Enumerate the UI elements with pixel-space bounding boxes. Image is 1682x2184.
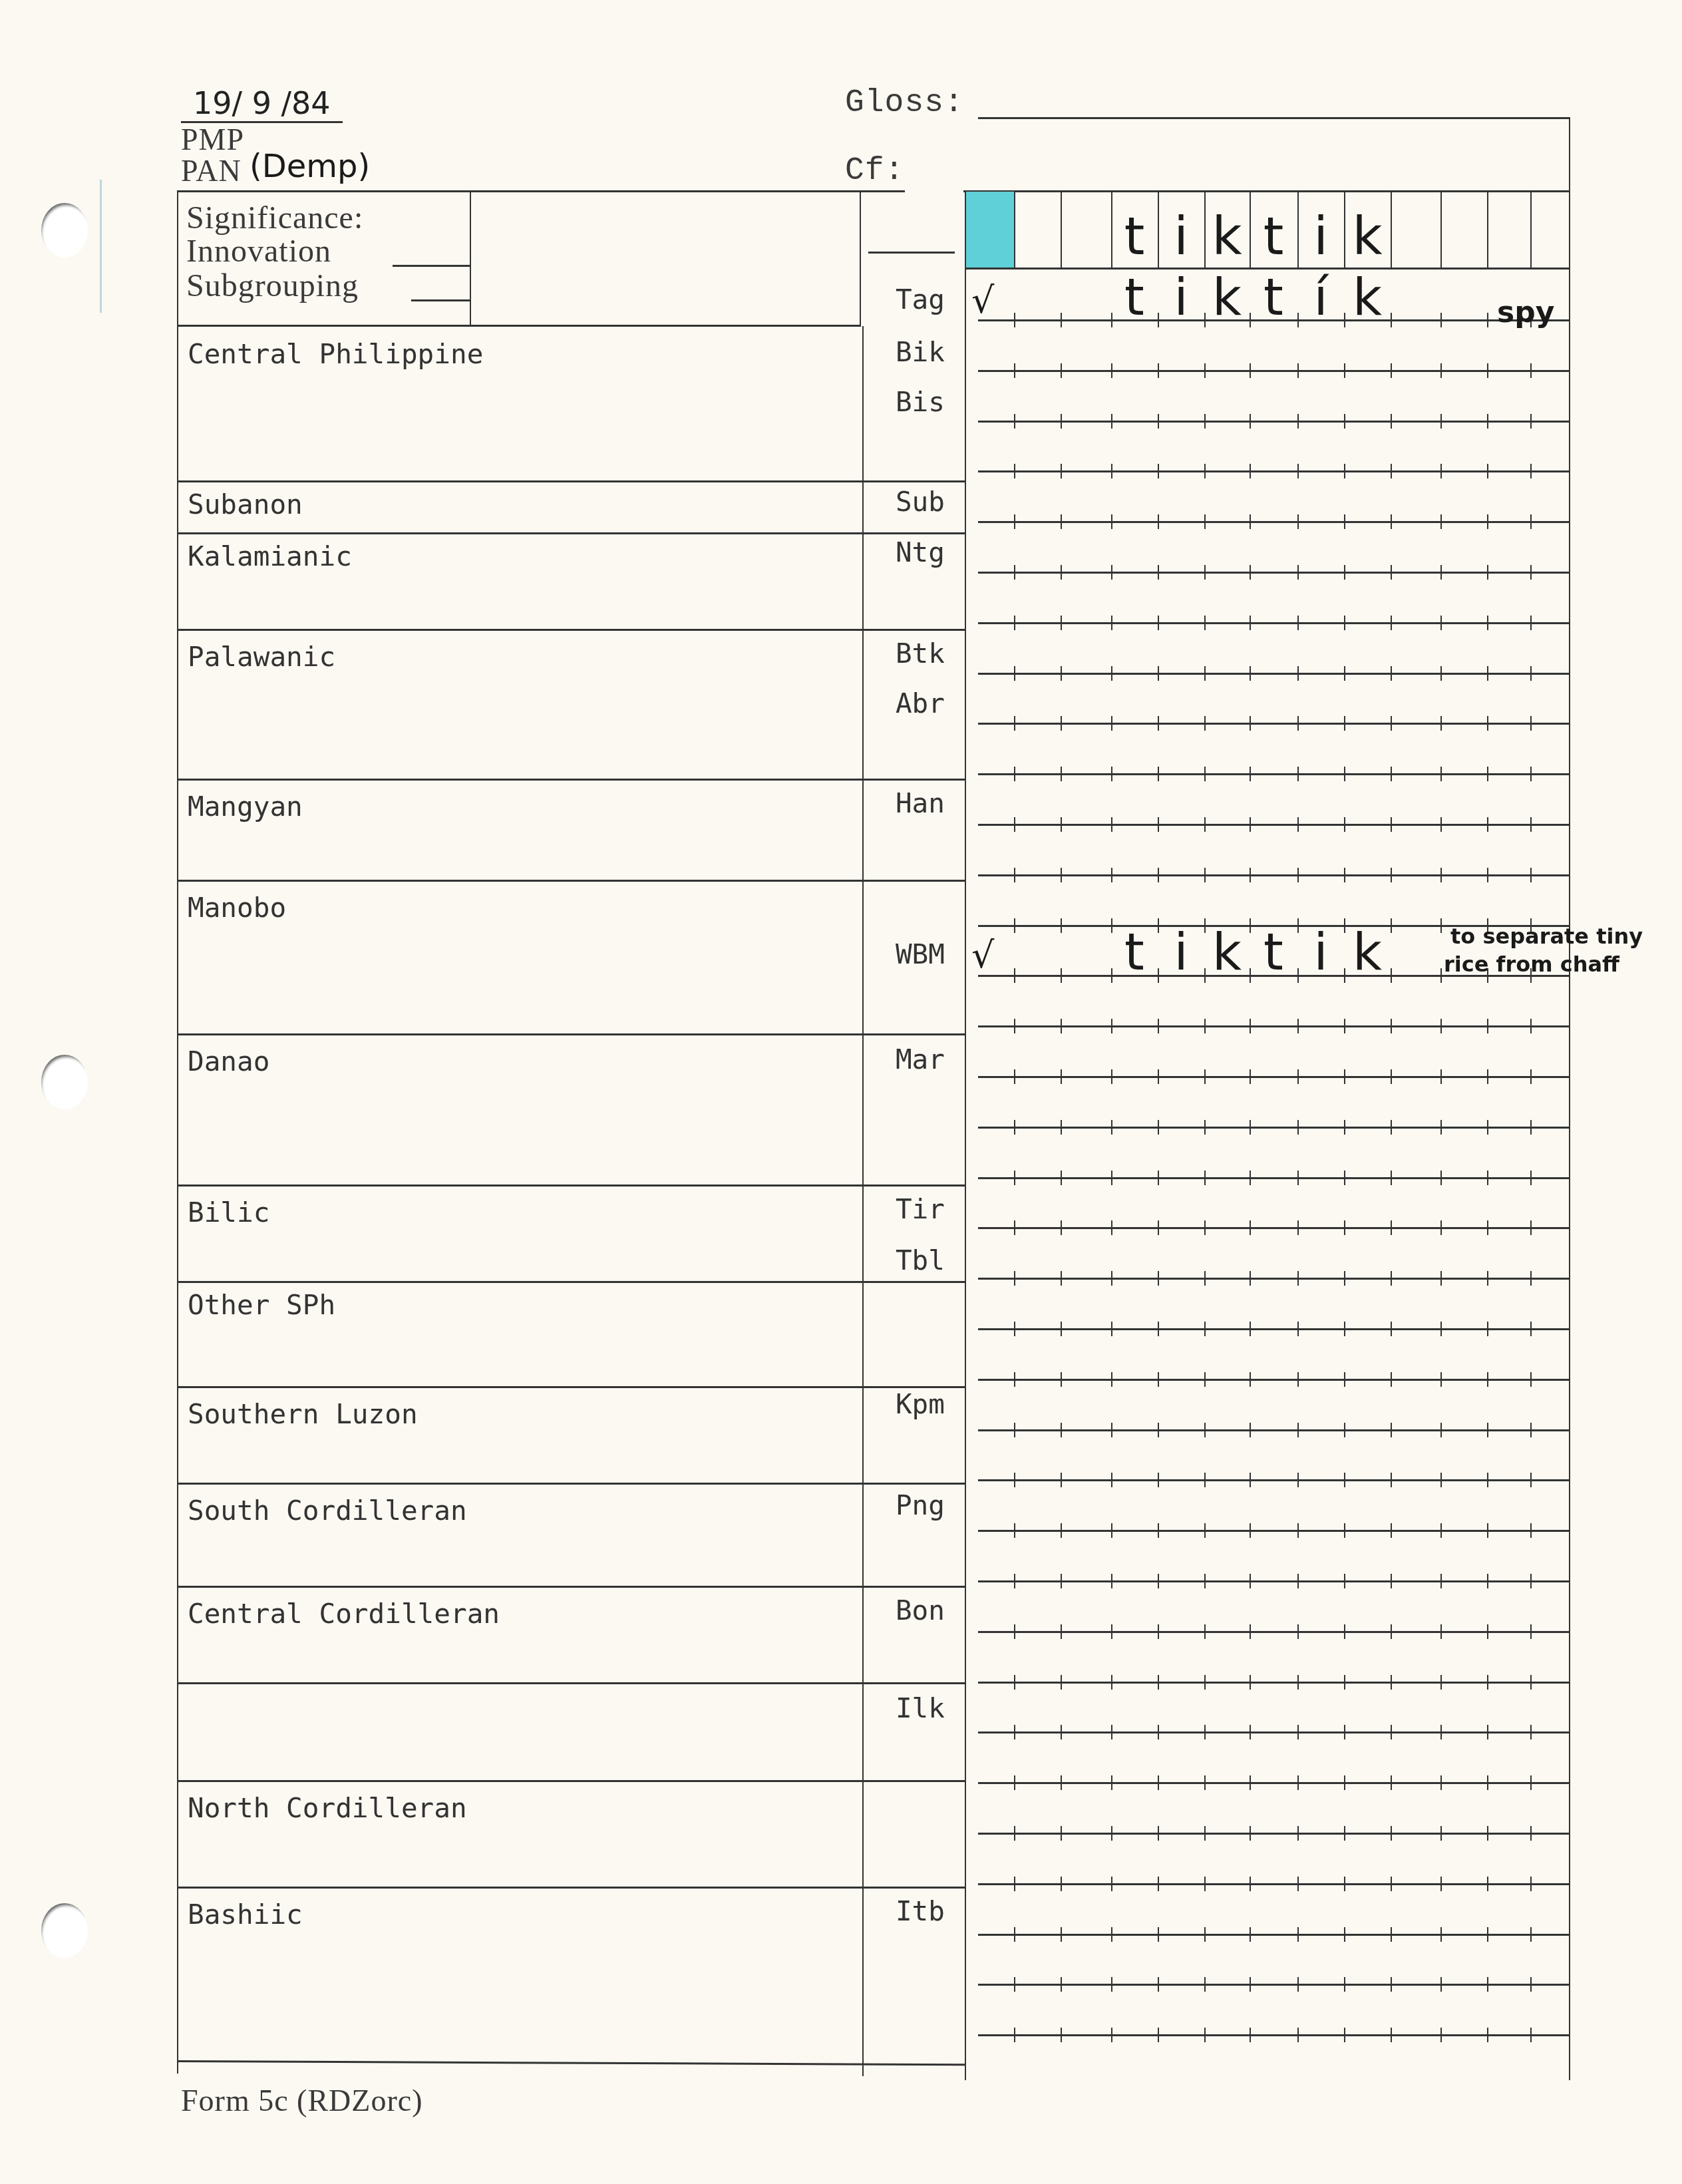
group-divider xyxy=(177,1682,966,1684)
column-tick xyxy=(1204,1877,1206,1891)
column-tick xyxy=(1014,2028,1015,2042)
column-tick xyxy=(1530,1120,1532,1135)
column-tick xyxy=(1014,1725,1015,1739)
column-tick xyxy=(1344,1775,1345,1790)
column-tick xyxy=(1440,1019,1442,1033)
column-tick xyxy=(1487,2028,1488,2042)
column-tick xyxy=(1487,1523,1488,1538)
column-tick xyxy=(1440,1069,1442,1084)
column-tick xyxy=(1061,1069,1062,1084)
entry-line[interactable] xyxy=(978,1025,1570,1027)
column-tick xyxy=(1391,1826,1392,1841)
column-tick xyxy=(1158,716,1159,731)
column-tick xyxy=(1014,414,1015,429)
entry-line[interactable] xyxy=(978,1227,1570,1229)
column-tick xyxy=(1061,1523,1062,1538)
column-tick xyxy=(1487,1473,1488,1487)
entry-letter[interactable]: t xyxy=(1250,268,1297,327)
date-field: 19/ 9 /84 xyxy=(193,85,331,121)
column-tick xyxy=(1111,1877,1112,1891)
column-tick xyxy=(1204,616,1206,630)
column-tick xyxy=(1250,1019,1251,1033)
column-tick xyxy=(1061,1220,1062,1235)
column-tick xyxy=(1111,1624,1112,1639)
entry-letter[interactable]: k xyxy=(1344,922,1391,982)
column-tick xyxy=(1111,1725,1112,1739)
entry-letter[interactable]: t xyxy=(1250,922,1297,982)
column-tick xyxy=(1440,363,1442,378)
column-tick xyxy=(1391,666,1392,681)
entry-line[interactable] xyxy=(978,2034,1570,2036)
column-tick xyxy=(1014,1826,1015,1841)
column-tick xyxy=(1530,414,1532,429)
column-tick xyxy=(1344,1171,1345,1185)
reconstruction-letter-cell[interactable]: t xyxy=(1250,210,1297,264)
column-tick xyxy=(1061,1423,1062,1437)
column-tick xyxy=(1440,1927,1442,1942)
innovation-blank[interactable] xyxy=(393,265,470,267)
column-tick xyxy=(1014,1473,1015,1487)
entry-line[interactable] xyxy=(978,521,1570,523)
entry-letter[interactable]: í xyxy=(1297,268,1344,327)
column-tick xyxy=(1297,1220,1299,1235)
column-tick xyxy=(1297,1877,1299,1891)
entry-line[interactable] xyxy=(978,1429,1570,1431)
entry-letter[interactable]: k xyxy=(1204,922,1250,982)
column-tick xyxy=(1297,363,1299,378)
grid-column-divider xyxy=(1014,192,1015,270)
table-left-border xyxy=(177,190,178,2074)
column-tick xyxy=(1061,363,1062,378)
column-tick xyxy=(1111,514,1112,529)
column-tick xyxy=(1391,918,1392,933)
column-tick xyxy=(1440,414,1442,429)
column-tick xyxy=(1391,1725,1392,1739)
column-tick xyxy=(1204,817,1206,832)
column-tick xyxy=(1391,1927,1392,1942)
reconstruction-letter-cell[interactable]: i xyxy=(1297,210,1344,264)
column-tick xyxy=(1344,817,1345,832)
entry-line[interactable] xyxy=(978,723,1570,725)
column-tick xyxy=(1111,1120,1112,1135)
column-tick xyxy=(1204,767,1206,781)
significance-title: Significance: xyxy=(186,200,363,236)
column-tick xyxy=(1297,1171,1299,1185)
column-tick xyxy=(1158,464,1159,478)
column-tick xyxy=(1297,868,1299,882)
column-tick xyxy=(1487,1574,1488,1588)
entry-line[interactable] xyxy=(978,1580,1570,1582)
column-tick xyxy=(1204,514,1206,529)
column-tick xyxy=(1111,1271,1112,1286)
entry-letter[interactable]: i xyxy=(1158,922,1204,982)
column-tick xyxy=(1111,1574,1112,1588)
column-tick xyxy=(1061,666,1062,681)
entry-line[interactable] xyxy=(978,1278,1570,1280)
column-tick xyxy=(1391,1574,1392,1588)
column-tick xyxy=(1061,1624,1062,1639)
column-tick xyxy=(1391,1120,1392,1135)
level-typed-2: PAN xyxy=(181,153,242,188)
binder-hole-bottom xyxy=(41,1903,88,1958)
significance-box-bottom xyxy=(177,325,861,327)
column-tick xyxy=(1487,1120,1488,1135)
column-tick xyxy=(1061,1574,1062,1588)
checkmark-icon: √ xyxy=(971,279,994,321)
column-tick xyxy=(1530,1826,1532,1841)
column-tick xyxy=(1487,1271,1488,1286)
group-name: Bashiic xyxy=(188,1899,303,1930)
entry-line[interactable] xyxy=(978,421,1570,423)
entry-line[interactable] xyxy=(978,1076,1570,1078)
column-tick xyxy=(1111,1019,1112,1033)
column-tick xyxy=(1061,1877,1062,1891)
column-tick xyxy=(1391,1271,1392,1286)
column-tick xyxy=(1204,1977,1206,1992)
column-tick xyxy=(1158,1473,1159,1487)
column-tick xyxy=(1440,1322,1442,1336)
column-tick xyxy=(1204,1372,1206,1387)
table-top-border xyxy=(177,190,905,192)
entry-line[interactable] xyxy=(978,470,1570,472)
column-tick xyxy=(1391,1624,1392,1639)
column-tick xyxy=(1297,414,1299,429)
reconstruction-letter-cell[interactable]: k xyxy=(1344,210,1391,264)
column-tick xyxy=(1014,1220,1015,1235)
column-tick xyxy=(1297,1271,1299,1286)
column-tick xyxy=(1204,1271,1206,1286)
column-tick xyxy=(1204,1574,1206,1588)
column-tick xyxy=(1297,1322,1299,1336)
column-tick xyxy=(1250,1069,1251,1084)
column-tick xyxy=(1440,968,1442,983)
column-tick xyxy=(1061,1775,1062,1790)
column-tick xyxy=(1250,767,1251,781)
group-name: Subanon xyxy=(188,488,303,520)
group-divider xyxy=(177,1586,966,1588)
gloss-box-right-edge xyxy=(1569,117,1570,2080)
column-tick xyxy=(1061,767,1062,781)
column-tick xyxy=(1530,616,1532,630)
column-tick xyxy=(1158,414,1159,429)
column-tick xyxy=(1158,817,1159,832)
subgrouping-blank[interactable] xyxy=(411,299,470,301)
column-tick xyxy=(1014,666,1015,681)
column-tick xyxy=(1250,817,1251,832)
column-tick xyxy=(1014,363,1015,378)
column-tick xyxy=(1344,1372,1345,1387)
column-tick xyxy=(1297,1624,1299,1639)
column-tick xyxy=(1061,2028,1062,2042)
column-tick xyxy=(1297,514,1299,529)
column-tick xyxy=(1487,1775,1488,1790)
column-tick xyxy=(1530,1271,1532,1286)
column-tick xyxy=(1250,1877,1251,1891)
significance-divider xyxy=(470,190,471,326)
column-tick xyxy=(1204,565,1206,580)
column-tick xyxy=(1297,1069,1299,1084)
entry-line[interactable] xyxy=(978,1328,1570,1330)
column-tick xyxy=(1440,1826,1442,1841)
column-tick xyxy=(1440,616,1442,630)
entry-line[interactable] xyxy=(978,1479,1570,1481)
column-tick xyxy=(1440,2028,1442,2042)
column-tick xyxy=(1014,514,1015,529)
group-divider xyxy=(177,1780,966,1782)
column-tick xyxy=(1487,716,1488,731)
column-tick xyxy=(1204,716,1206,731)
column-tick xyxy=(1158,868,1159,882)
column-tick xyxy=(1391,1171,1392,1185)
column-tick xyxy=(1344,1927,1345,1942)
reconstruction-letter-cell[interactable]: i xyxy=(1158,210,1204,264)
entry-line[interactable] xyxy=(978,1631,1570,1633)
column-tick xyxy=(1344,1473,1345,1487)
entry-line[interactable] xyxy=(978,773,1570,775)
entry-line[interactable] xyxy=(978,1682,1570,1684)
entry-letter[interactable]: t xyxy=(1111,922,1158,982)
column-tick xyxy=(1487,1675,1488,1690)
binder-hole-middle xyxy=(41,1055,88,1109)
binder-hole-top xyxy=(41,203,88,258)
column-tick xyxy=(1487,514,1488,529)
column-tick xyxy=(1014,1423,1015,1437)
column-tick xyxy=(1297,1423,1299,1437)
column-tick xyxy=(1158,363,1159,378)
column-tick xyxy=(1440,1473,1442,1487)
column-tick xyxy=(1111,1473,1112,1487)
column-tick xyxy=(1204,464,1206,478)
column-tick xyxy=(1061,313,1062,327)
column-tick xyxy=(1530,565,1532,580)
column-tick xyxy=(1158,1725,1159,1739)
entry-line[interactable] xyxy=(978,1127,1570,1129)
language-code-ntg: Ntg xyxy=(838,536,945,568)
grid-column-divider xyxy=(1440,192,1442,270)
column-tick xyxy=(1111,1523,1112,1538)
column-tick xyxy=(1204,868,1206,882)
column-tick xyxy=(1158,1069,1159,1084)
column-tick xyxy=(1440,1725,1442,1739)
column-tick xyxy=(1204,1423,1206,1437)
column-tick xyxy=(1487,1877,1488,1891)
column-tick xyxy=(1297,666,1299,681)
column-tick xyxy=(1204,1927,1206,1942)
column-tick xyxy=(1391,1220,1392,1235)
column-tick xyxy=(1204,1171,1206,1185)
group-name: Danao xyxy=(188,1045,269,1077)
page-edge-mark xyxy=(100,180,102,313)
column-tick xyxy=(1344,565,1345,580)
column-tick xyxy=(1061,1019,1062,1033)
column-tick xyxy=(1204,1220,1206,1235)
entry-letter[interactable]: i xyxy=(1297,922,1344,982)
column-tick xyxy=(1111,1927,1112,1942)
group-name: Southern Luzon xyxy=(188,1398,418,1430)
column-tick xyxy=(1440,1877,1442,1891)
column-tick xyxy=(1344,868,1345,882)
column-tick xyxy=(1158,1019,1159,1033)
column-tick xyxy=(1297,1120,1299,1135)
column-tick xyxy=(1250,464,1251,478)
language-code-png: Png xyxy=(838,1489,945,1521)
column-tick xyxy=(1391,414,1392,429)
column-tick xyxy=(1530,1423,1532,1437)
column-tick xyxy=(1111,1675,1112,1690)
column-tick xyxy=(1158,1423,1159,1437)
column-tick xyxy=(1391,313,1392,327)
entry-line[interactable] xyxy=(978,1883,1570,1885)
column-tick xyxy=(1111,716,1112,731)
column-tick xyxy=(1391,514,1392,529)
column-tick xyxy=(1487,1977,1488,1992)
column-tick xyxy=(1061,565,1062,580)
entry-letter[interactable]: t xyxy=(1111,268,1158,327)
table-bottom-border xyxy=(177,2060,966,2066)
column-tick xyxy=(1250,1826,1251,1841)
column-tick xyxy=(1530,464,1532,478)
language-code-itb: Itb xyxy=(838,1895,945,1927)
entry-line[interactable] xyxy=(978,824,1570,826)
column-tick xyxy=(1204,363,1206,378)
entry-line[interactable] xyxy=(978,1731,1570,1733)
column-tick xyxy=(1158,1826,1159,1841)
column-tick xyxy=(1250,1523,1251,1538)
column-tick xyxy=(1530,767,1532,781)
column-tick xyxy=(1111,1322,1112,1336)
column-tick xyxy=(1014,1877,1015,1891)
entry-line[interactable] xyxy=(978,1379,1570,1381)
column-tick xyxy=(1014,1624,1015,1639)
entry-line[interactable] xyxy=(978,673,1570,675)
entry-letter[interactable]: i xyxy=(1158,268,1204,327)
column-tick xyxy=(1391,1523,1392,1538)
reconstruction-letter-cell[interactable]: t xyxy=(1111,210,1158,264)
column-tick xyxy=(1344,1523,1345,1538)
column-tick xyxy=(1297,2028,1299,2042)
entry-line[interactable] xyxy=(978,622,1570,624)
column-tick xyxy=(1014,716,1015,731)
column-tick xyxy=(1158,1624,1159,1639)
entry-line[interactable] xyxy=(978,370,1570,372)
column-tick xyxy=(1344,514,1345,529)
column-tick xyxy=(1344,1423,1345,1437)
reconstruction-grid: tiktik xyxy=(965,192,1570,270)
entry-letter[interactable]: k xyxy=(1204,268,1250,327)
column-tick xyxy=(1111,666,1112,681)
entry-line[interactable] xyxy=(978,1984,1570,1986)
entry-line[interactable] xyxy=(978,1833,1570,1835)
column-tick xyxy=(1250,1372,1251,1387)
language-code-han: Han xyxy=(838,787,945,819)
column-tick xyxy=(1487,1927,1488,1942)
column-tick xyxy=(1250,1322,1251,1336)
column-tick xyxy=(1530,1523,1532,1538)
language-code-bis: Bis xyxy=(838,386,945,418)
column-tick xyxy=(1061,817,1062,832)
grid-column-divider xyxy=(1061,192,1062,270)
column-tick xyxy=(1297,1372,1299,1387)
column-tick xyxy=(1440,1171,1442,1185)
column-tick xyxy=(1250,1271,1251,1286)
column-tick xyxy=(1158,1775,1159,1790)
entry-line[interactable] xyxy=(978,572,1570,574)
entry-letter[interactable]: k xyxy=(1344,268,1391,327)
column-tick xyxy=(1297,767,1299,781)
column-tick xyxy=(1061,514,1062,529)
group-divider xyxy=(177,1483,966,1485)
column-tick xyxy=(1344,363,1345,378)
column-tick xyxy=(1250,1977,1251,1992)
column-tick xyxy=(1530,2028,1532,2042)
entry-line[interactable] xyxy=(978,1530,1570,1532)
column-tick xyxy=(1204,1624,1206,1639)
column-tick xyxy=(1014,817,1015,832)
column-tick xyxy=(1111,868,1112,882)
language-code-wbm: WBM xyxy=(838,938,945,970)
column-tick xyxy=(1158,1927,1159,1942)
column-tick xyxy=(1158,514,1159,529)
column-tick xyxy=(1061,1271,1062,1286)
column-tick xyxy=(1344,1220,1345,1235)
column-tick xyxy=(1061,1977,1062,1992)
column-tick xyxy=(1061,1171,1062,1185)
column-tick xyxy=(1440,1977,1442,1992)
column-tick xyxy=(1014,968,1015,983)
column-tick xyxy=(1297,1775,1299,1790)
column-tick xyxy=(1014,767,1015,781)
column-tick xyxy=(1391,1775,1392,1790)
column-tick xyxy=(1158,1372,1159,1387)
column-tick xyxy=(1344,1977,1345,1992)
column-tick xyxy=(1204,1322,1206,1336)
entry-line[interactable] xyxy=(978,1934,1570,1936)
column-tick xyxy=(1487,767,1488,781)
column-tick xyxy=(1440,666,1442,681)
column-tick xyxy=(1014,313,1015,327)
column-tick xyxy=(1061,1120,1062,1135)
column-tick xyxy=(1014,565,1015,580)
column-tick xyxy=(1014,1372,1015,1387)
column-tick xyxy=(1440,817,1442,832)
entry-line[interactable] xyxy=(978,1782,1570,1784)
column-tick xyxy=(1344,1725,1345,1739)
column-tick xyxy=(1158,1120,1159,1135)
column-tick xyxy=(1014,1171,1015,1185)
group-divider xyxy=(177,629,966,631)
column-tick xyxy=(1391,767,1392,781)
column-tick xyxy=(1487,868,1488,882)
column-tick xyxy=(1440,1624,1442,1639)
group-divider xyxy=(177,779,966,781)
column-tick xyxy=(1344,666,1345,681)
reconstruction-letter-cell[interactable]: k xyxy=(1204,210,1250,264)
column-tick xyxy=(1111,565,1112,580)
column-tick xyxy=(1297,1927,1299,1942)
column-tick xyxy=(1530,514,1532,529)
entry-line[interactable] xyxy=(978,1177,1570,1179)
column-tick xyxy=(1530,1624,1532,1639)
entry-line[interactable] xyxy=(978,874,1570,876)
column-tick xyxy=(1344,1675,1345,1690)
column-tick xyxy=(1061,1473,1062,1487)
column-tick xyxy=(1440,1523,1442,1538)
column-tick xyxy=(1530,868,1532,882)
column-tick xyxy=(1440,918,1442,933)
column-tick xyxy=(1061,616,1062,630)
column-tick xyxy=(1014,1927,1015,1942)
group-name: Central Cordilleran xyxy=(188,1598,500,1630)
